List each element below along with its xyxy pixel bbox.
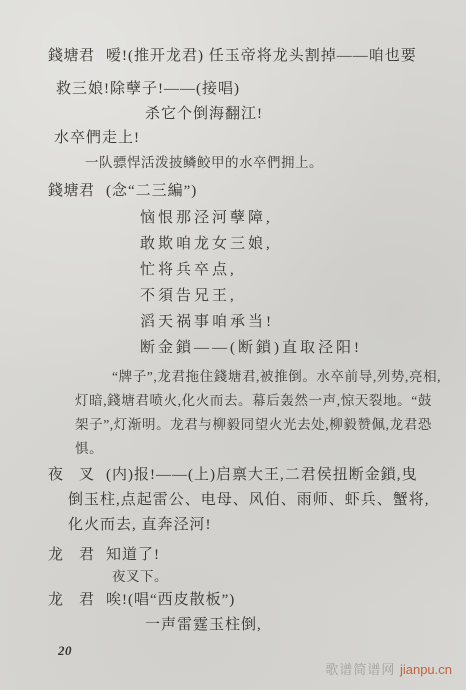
sung-verse-line: 一声雷霆玉柱倒, bbox=[145, 617, 440, 634]
singing-cue: 唉!(唱“西皮散板”) bbox=[106, 592, 235, 609]
verse-line: 恼恨那泾河孽障, bbox=[140, 210, 440, 227]
speaker-name: 錢塘君 bbox=[48, 183, 99, 200]
sung-verse-line: 杀它个倒海翻江! bbox=[145, 106, 440, 123]
verse-line: 敢欺咱龙女三娘, bbox=[140, 236, 440, 253]
page-number: 20 bbox=[58, 643, 72, 659]
speaker-name: 錢塘君 bbox=[48, 48, 99, 65]
dialogue-row: 龙 君 知道了! bbox=[48, 547, 440, 564]
stage-direction: 夜叉下。 bbox=[112, 569, 440, 584]
speaker-name: 龙 君 bbox=[48, 592, 99, 609]
watermark: 歌谱简谱网 jianpu.cn bbox=[325, 659, 452, 678]
watermark-site-name: 歌谱简谱网 bbox=[325, 662, 395, 677]
dialogue-continuation: 救三娘!除孽子!——(接唱) bbox=[56, 81, 440, 98]
dialogue-text: (内)报!——(上)启禀大王,二君侯扭断金鎖,曳 bbox=[106, 467, 417, 484]
verse-line: 滔天祸事咱承当! bbox=[140, 314, 440, 331]
speaker-name: 龙 君 bbox=[48, 547, 99, 564]
dialogue-row: 錢塘君 嗳!(推开龙君) 任玉帝将龙头割掉——咱也要 bbox=[48, 48, 440, 65]
recitation-cue: (念“二三編”) bbox=[106, 183, 197, 200]
scanned-script-page: 錢塘君 嗳!(推开龙君) 任玉帝将龙头割掉——咱也要 救三娘!除孽子!——(接唱… bbox=[0, 0, 466, 690]
dialogue-call-line: 水卒們走上! bbox=[54, 130, 440, 147]
dialogue-row: 夜 叉 (内)报!——(上)启禀大王,二君侯扭断金鎖,曳 bbox=[48, 467, 440, 484]
dialogue-row: 錢塘君 (念“二三編”) bbox=[48, 183, 440, 200]
dialogue-row: 龙 君 唉!(唱“西皮散板”) bbox=[48, 592, 440, 609]
verse-line: 忙将兵卒点, bbox=[140, 262, 440, 279]
script-text-block: 錢塘君 嗳!(推开龙君) 任玉帝将龙头割掉——咱也要 救三娘!除孽子!——(接唱… bbox=[0, 0, 466, 634]
dialogue-text: 知道了! bbox=[106, 547, 160, 564]
stage-direction-paragraph: “牌子”,龙君拖住錢塘君,被推倒。水卒前导,列势,亮相,灯暗,錢塘君喷火,化火而… bbox=[75, 365, 443, 461]
speaker-name: 夜 叉 bbox=[48, 467, 99, 484]
dialogue-text: 嗳!(推开龙君) 任玉帝将龙头割掉——咱也要 bbox=[106, 48, 417, 65]
verse-line: 不須告兄王, bbox=[140, 288, 440, 305]
dialogue-continuation: 化火而去, 直奔泾河! bbox=[68, 517, 440, 534]
stage-direction: 一队骠悍活泼披鳞鲛甲的水卒們拥上。 bbox=[85, 155, 440, 170]
verse-line: 断金鎖——(断鎖)直取泾阳! bbox=[140, 340, 440, 357]
dialogue-continuation: 倒玉柱,点起雷公、电母、风伯、雨师、虾兵、蟹将, bbox=[68, 492, 440, 509]
watermark-site-url: jianpu.cn bbox=[400, 662, 452, 677]
